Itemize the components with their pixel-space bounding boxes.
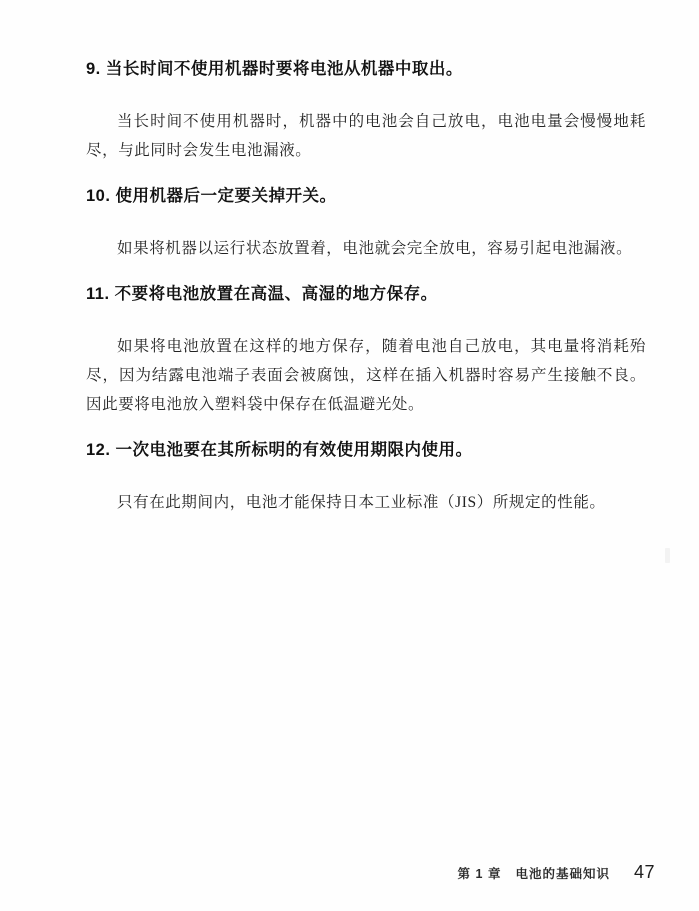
section-12-body: 只有在此期间内，电池才能保持日本工业标准（JIS）所规定的性能。: [86, 488, 646, 517]
section-10-body: 如果将机器以运行状态放置着，电池就会完全放电，容易引起电池漏液。: [86, 234, 646, 263]
section-9-heading: 9. 当长时间不使用机器时要将电池从机器中取出。: [86, 58, 646, 80]
document-page: 9. 当长时间不使用机器时要将电池从机器中取出。 当长时间不使用机器时，机器中的…: [0, 0, 699, 911]
page-footer: 第 1 章 电池的基础知识 47: [458, 862, 655, 883]
section-11-heading: 11. 不要将电池放置在高温、高湿的地方保存。: [86, 283, 646, 305]
section-9: 9. 当长时间不使用机器时要将电池从机器中取出。 当长时间不使用机器时，机器中的…: [86, 58, 646, 165]
section-11-body: 如果将电池放置在这样的地方保存，随着电池自己放电，其电量将消耗殆尽，因为结露电池…: [86, 332, 646, 419]
section-10: 10. 使用机器后一定要关掉开关。 如果将机器以运行状态放置着，电池就会完全放电…: [86, 185, 646, 263]
section-12: 12. 一次电池要在其所标明的有效使用期限内使用。 只有在此期间内，电池才能保持…: [86, 439, 646, 517]
scan-artifact: [665, 548, 670, 563]
section-11: 11. 不要将电池放置在高温、高湿的地方保存。 如果将电池放置在这样的地方保存，…: [86, 283, 646, 419]
footer-chapter-label: 第 1 章: [458, 864, 502, 882]
footer-page-number: 47: [634, 862, 655, 883]
section-12-heading: 12. 一次电池要在其所标明的有效使用期限内使用。: [86, 439, 646, 461]
section-9-body: 当长时间不使用机器时，机器中的电池会自己放电，电池电量会慢慢地耗尽，与此同时会发…: [86, 107, 646, 165]
footer-chapter-title: 电池的基础知识: [515, 864, 610, 882]
section-10-heading: 10. 使用机器后一定要关掉开关。: [86, 185, 646, 207]
page-content: 9. 当长时间不使用机器时要将电池从机器中取出。 当长时间不使用机器时，机器中的…: [86, 58, 646, 534]
